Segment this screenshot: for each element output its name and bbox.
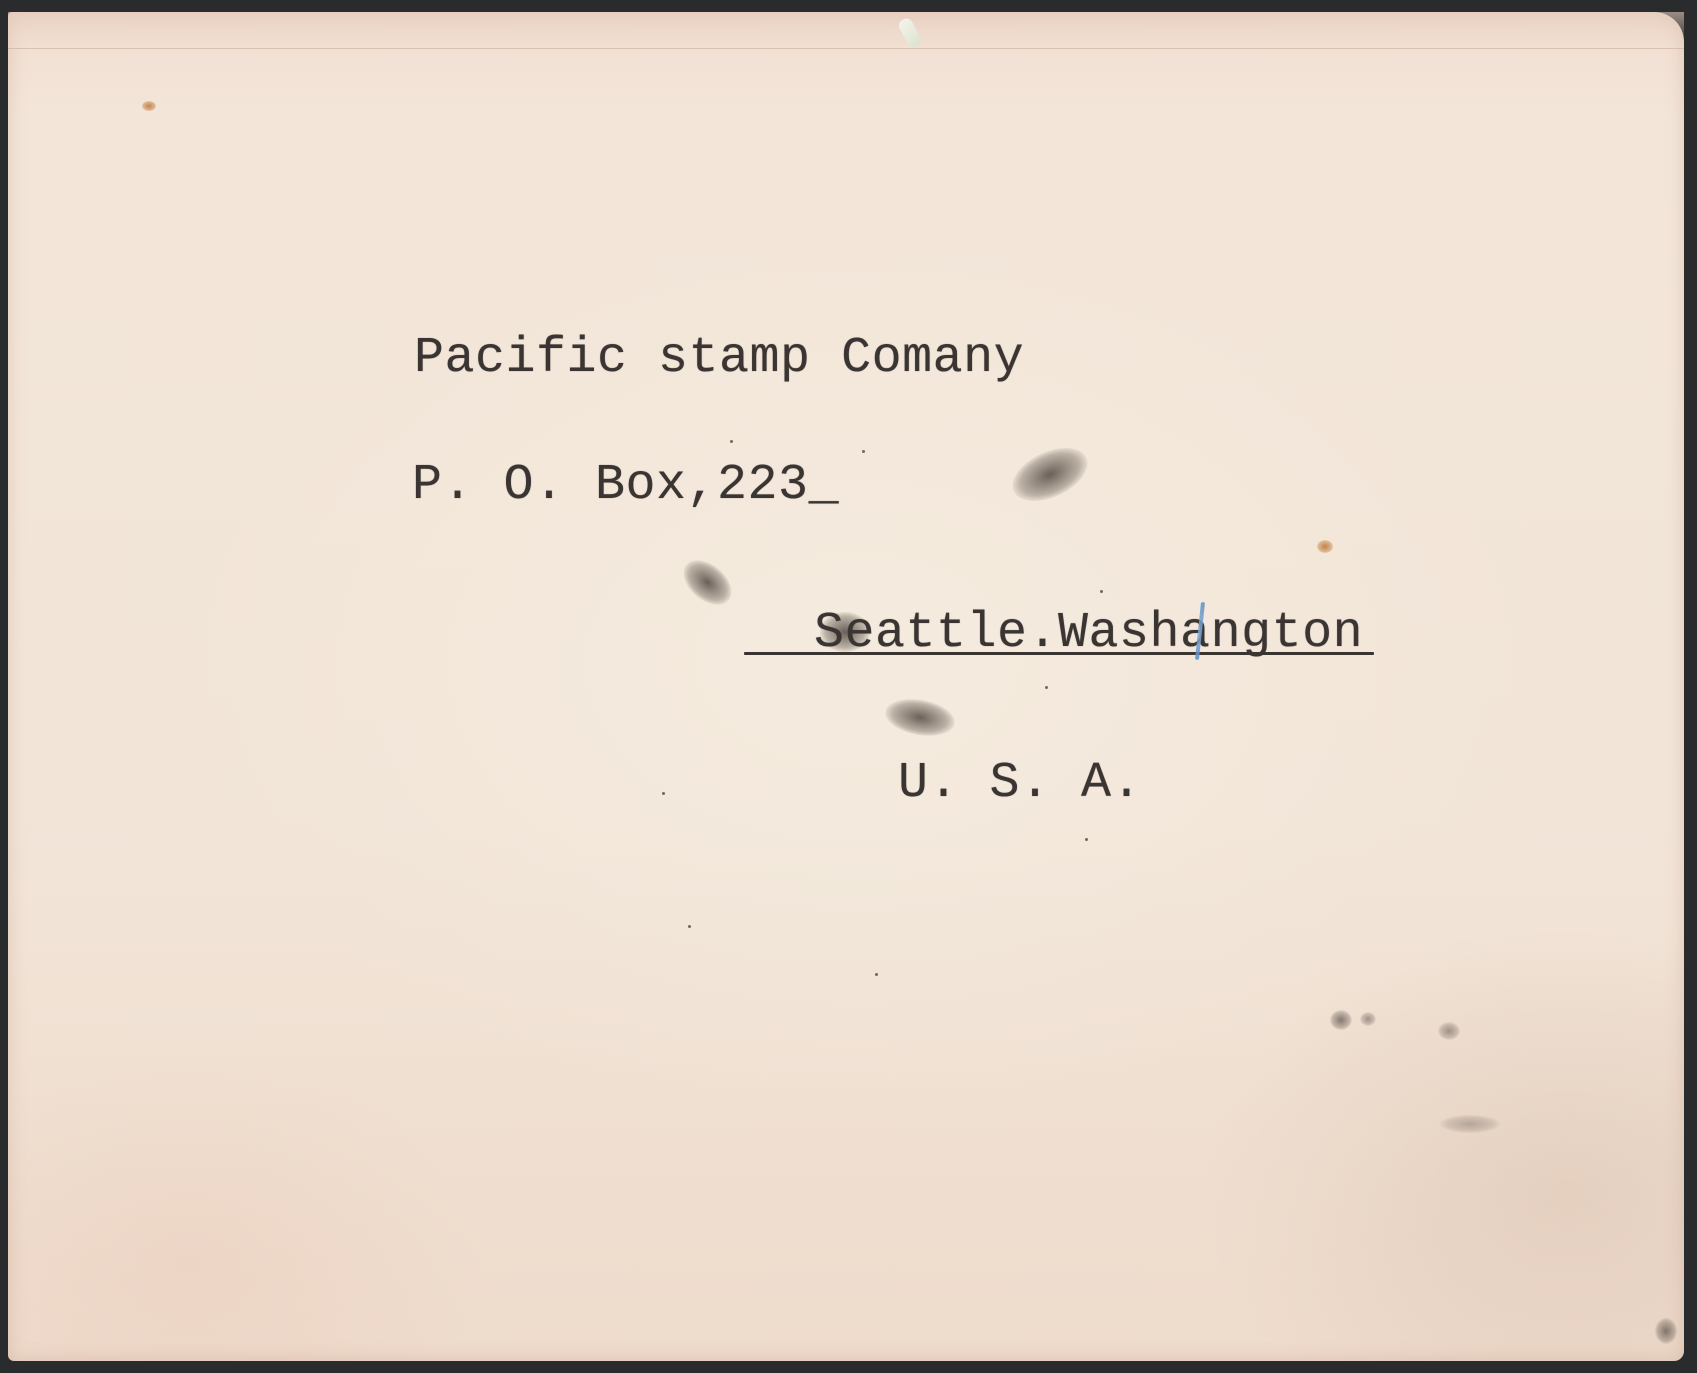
recipient-country: U. S. A.: [898, 759, 1142, 809]
ink-speck: [730, 440, 733, 443]
ink-smudge: [1438, 1022, 1460, 1040]
recipient-po-box: P. O. Box,223_: [412, 461, 839, 511]
stain-top-left: [142, 101, 156, 111]
envelope-top-fold: [8, 12, 1684, 49]
ink-speck: [662, 792, 665, 795]
recipient-company-name: Pacific stamp Comany: [414, 334, 1024, 384]
ink-speck: [1085, 838, 1088, 841]
ink-smudge: [1360, 1012, 1376, 1026]
ink-speck: [688, 925, 691, 928]
ink-smudge: [1330, 1010, 1352, 1030]
ink-speck: [1100, 590, 1103, 593]
envelope: [8, 12, 1684, 1361]
ink-speck: [875, 973, 878, 976]
city-underline: [744, 652, 1374, 655]
stain-right: [1317, 540, 1333, 553]
ink-speck: [862, 450, 865, 453]
ink-smudge: [1440, 1115, 1500, 1133]
ink-smudge: [1655, 1318, 1677, 1344]
ink-speck: [1045, 686, 1048, 689]
